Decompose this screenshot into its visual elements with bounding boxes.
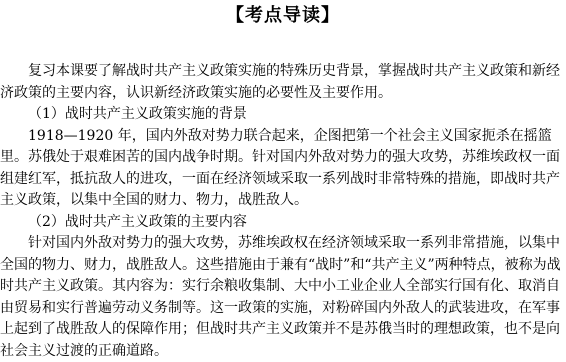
heading-policy-main-content: （2）战时共产主义政策的主要内容: [0, 212, 566, 234]
document-body: 复习本课要了解战时共产主义政策实施的特殊历史背景，掌握战时共产主义政策和新经济政…: [0, 61, 566, 362]
heading-policy-background: （1）战时共产主义政策实施的背景: [0, 104, 566, 126]
document-page: 【考点导读】 复习本课要了解战时共产主义政策实施的特殊历史背景，掌握战时共产主义…: [0, 4, 566, 362]
policy-main-content-paragraph: 针对国内外敌对势力的强大攻势，苏维埃政权在经济领域采取一系列非常措施，以集中全国…: [0, 233, 566, 362]
intro-paragraph: 复习本课要了解战时共产主义政策实施的特殊历史背景，掌握战时共产主义政策和新经济政…: [0, 61, 566, 104]
policy-background-paragraph: 1918—1920 年，国内外敌对势力联合起来，企图把第一个社会主义国家扼杀在摇…: [0, 126, 566, 212]
page-title: 【考点导读】: [0, 4, 566, 28]
